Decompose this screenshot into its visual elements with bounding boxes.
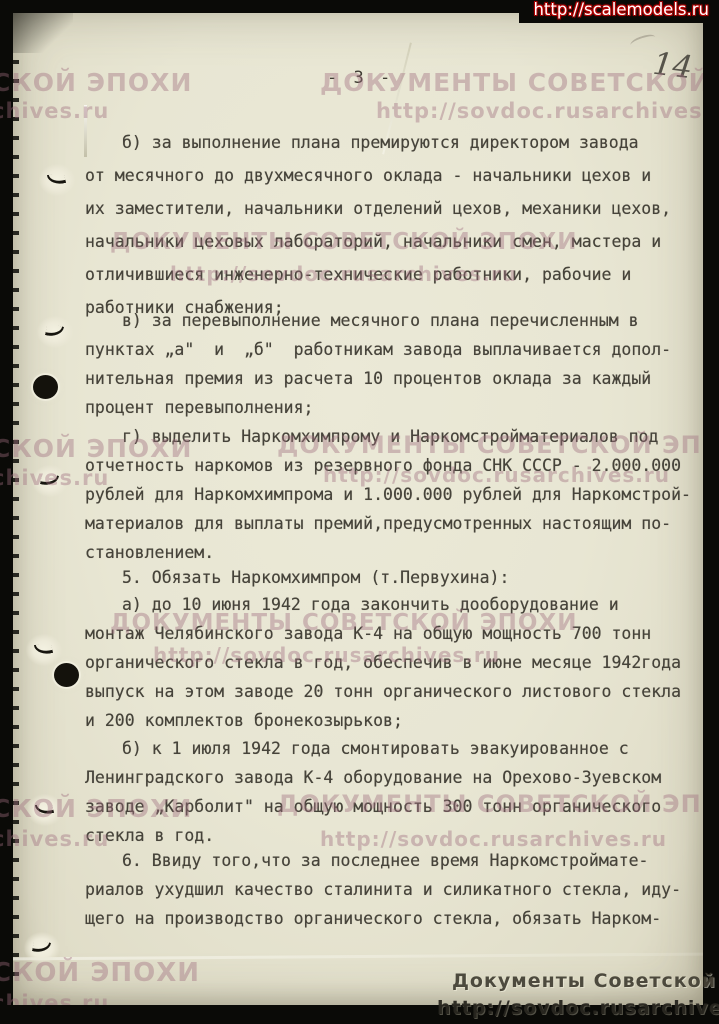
text-line: процент перевыполнения; [85, 393, 710, 422]
right-black-border [703, 0, 719, 1024]
watermark-text: http://sovdoc.rusarchives.ru [153, 645, 500, 665]
watermark-text: http://sovdoc.rusarchives.ru [170, 264, 517, 284]
text-line: в) за перевыполнение месячного плана пер… [85, 306, 710, 335]
scanned-document-page: - 3 - 14 б) за выполнение плана премирую… [0, 0, 719, 1024]
text-line: щего на производство органического стекл… [85, 904, 710, 933]
archive-stamp-title: Документы Советской Эпохи [452, 970, 719, 992]
archive-stamp-url: http://sovdoc.rusarchives.ru [437, 997, 719, 1019]
watermark-text: ДОКУМЕНТЫ СОВЕТСКОЙ ЭПОХИ [110, 612, 577, 635]
paragraph: 6. Ввиду того,что за последнее время Нар… [85, 846, 710, 933]
hole-torn [37, 316, 73, 348]
text-line: риалов ухудшил качество сталинита и сили… [85, 875, 710, 904]
text-line: пунктах „а" и „б" работникам завода выпл… [85, 335, 710, 364]
text-line: б) к 1 июля 1942 года смонтировать эваку… [85, 734, 710, 763]
paragraph: в) за перевыполнение месячного плана пер… [85, 306, 710, 422]
watermark-text: http://sovdoc.rusarchives.ru [323, 465, 670, 485]
watermark-text: ДОКУМЕНТЫ СОВЕТСКОЙ ЭПОХИ [277, 792, 719, 816]
text-line: материалов для выплаты премий,предусмотр… [85, 509, 710, 538]
watermark-text: ДОКУМЕНТЫ СОВЕТСКОЙ ЭПОХИ [110, 231, 577, 254]
text-line: нительная премия из расчета 10 процентов… [85, 364, 710, 393]
watermark-text: chives.ru [0, 468, 109, 489]
watermark-text: ДОКУМЕНТЫ СОВЕТСКОЙ ЭПОХИ [277, 433, 719, 457]
text-line: б) за выполнение плана премируются дирек… [85, 126, 710, 159]
watermark-text: СКОЙ ЭПОХИ [0, 796, 192, 821]
watermark-text: chives.ru [0, 829, 109, 850]
text-line: их заместители, начальники отделений цех… [85, 192, 710, 225]
paragraph: 5. Обязать Наркомхимпром (т.Первухина): [85, 563, 710, 592]
text-line: и 200 комплектов бронекозырьков; [85, 706, 710, 735]
text-line: от месячного до двухмесячного оклада - н… [85, 159, 710, 192]
watermark-text: СКОЙ ЭПОХИ [0, 960, 200, 986]
watermark-text: chives.ru [0, 101, 109, 122]
watermark-text: СКОЙ ЭПОХИ [0, 70, 192, 95]
paragraph: б) за выполнение плана премируются дирек… [85, 126, 710, 324]
hole-torn [39, 164, 75, 196]
scalemodels-url-text: http://scalemodels.ru [519, 0, 717, 23]
watermark-text: http://sovdoc.rusarchives.ru [376, 101, 719, 122]
text-line: Ленинградского завода К-4 оборудование н… [85, 763, 710, 792]
hole-torn [26, 634, 62, 666]
hole-punch [33, 375, 58, 399]
watermark-text: СКОЙ ЭПОХИ [0, 436, 192, 461]
corner-shadow [13, 13, 73, 53]
text-line: выпуск на этом заводе 20 тонн органическ… [85, 677, 710, 706]
watermark-text: http://sovdoc.rusarchives.ru [320, 829, 667, 849]
text-line: 5. Обязать Наркомхимпром (т.Первухина): [85, 563, 710, 592]
hole-punch [54, 663, 79, 687]
watermark-text: ДОКУМЕНТЫ СОВЕТСКОЙ ЭПОХИ [320, 70, 719, 95]
